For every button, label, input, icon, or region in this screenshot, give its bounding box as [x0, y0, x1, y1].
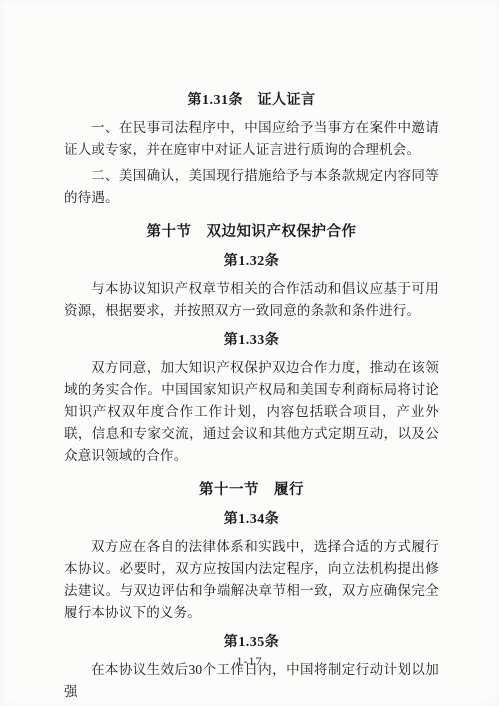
- document-content: 第1.31条 证人证言 一、在民事司法程序中，中国应给予当事方在案件中邀请证人或…: [0, 0, 499, 703]
- body-paragraph: 与本协议知识产权章节相关的合作活动和倡议应基于可用资源，根据要求，并按照双方一致…: [64, 278, 439, 322]
- article-heading-1-31: 第1.31条 证人证言: [64, 90, 439, 112]
- section-heading-11: 第十一节 履行: [64, 479, 439, 501]
- article-heading-1-34: 第1.34条: [64, 509, 439, 531]
- article-heading-1-35: 第1.35条: [64, 632, 439, 654]
- body-paragraph: 双方同意，加大知识产权保护双边合作力度，推动在该领域的务实合作。中国国家知识产权…: [64, 357, 439, 467]
- article-heading-1-32: 第1.32条: [64, 251, 439, 273]
- document-page: 第1.31条 证人证言 一、在民事司法程序中，中国应给予当事方在案件中邀请证人或…: [0, 0, 499, 706]
- page-number: 1-17: [0, 654, 499, 669]
- section-heading-10: 第十节 双边知识产权保护合作: [64, 221, 439, 243]
- article-heading-1-33: 第1.33条: [64, 330, 439, 352]
- body-paragraph: 二、美国确认，美国现行措施给予与本条款规定内容同等的待遇。: [64, 165, 439, 209]
- body-paragraph: 一、在民事司法程序中，中国应给予当事方在案件中邀请证人或专家，并在庭审中对证人证…: [64, 117, 439, 161]
- body-paragraph: 双方应在各自的法律体系和实践中，选择合适的方式履行本协议。必要时，双方应按国内法…: [64, 536, 439, 624]
